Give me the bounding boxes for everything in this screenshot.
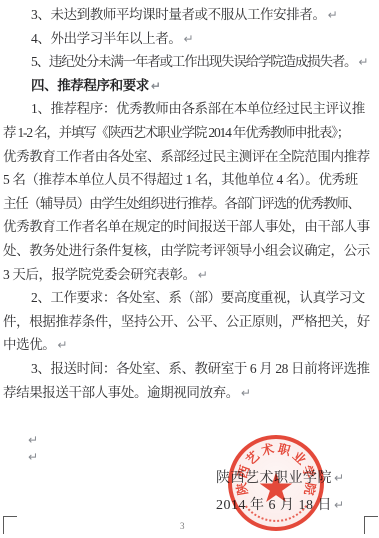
line-text: 荐结果报送干部人事处。逾期视同放弃。 (3, 385, 239, 400)
line-text: 四、推荐程序和要求 (31, 78, 149, 93)
line-text: 3 天后，报学院党委会研究表彰。 (3, 267, 196, 282)
line-text: 件，根据推荐条件，坚持公开、公平、公正原则，严格把关，好 (3, 314, 370, 329)
document-line: 优秀教育工作者名单在规定的时间报送干部人事处，由干部人事 (3, 215, 377, 239)
line-text: 荐 1-2 名，并填写《陕西艺术职业学院 2014 年优秀教师申批表》； (3, 125, 349, 140)
paragraph-mark-icon: ↵ (334, 498, 344, 512)
document-line: 优秀教育工作者由各处室、系部经过民主测评在全院范围内推荐 (3, 145, 377, 169)
line-text: 3、未达到教师平均课时量者或不服从工作安排者。 (31, 7, 326, 22)
section-heading: 四、推荐程序和要求↵ (3, 74, 377, 98)
paragraph-mark-icon: ↵ (198, 268, 208, 282)
seal-arc-char: 陕 (234, 481, 250, 497)
document-line: 中选优。↵ (3, 333, 377, 357)
official-seal: 陕 西 艺 术 职 业 学 院 (228, 435, 324, 531)
line-text: 处、教务处进行条件复核，由学院考评领导小组会议确定，公示 (3, 243, 370, 258)
document-line: 5、违纪处分未满一年者或工作出现失误给学院造成损失者。↵ (3, 50, 377, 74)
document-line: 荐 1-2 名，并填写《陕西艺术职业学院 2014 年优秀教师申批表》； (3, 121, 377, 145)
paragraph-mark-icon: ↵ (151, 79, 161, 93)
document-line: 5 名（推荐本单位人员不得超过 1 名，其他单位 4 名）。优秀班 (3, 168, 377, 192)
document-line: 处、教务处进行条件复核，由学院考评领导小组会议确定，公示 (3, 239, 377, 263)
page-number: 3 (180, 521, 185, 531)
paragraph-mark-icon: ↵ (183, 32, 193, 46)
paragraph-mark-icon: ↵ (328, 8, 338, 22)
line-text: 1、推荐程序：优秀教师由各系部在本单位经过民主评议推 (31, 101, 365, 116)
line-text: 2、工作要求：各处室、系（部）要高度重视，认真学习文 (31, 290, 365, 305)
line-text: 优秀教育工作者名单在规定的时间报送干部人事处，由干部人事 (3, 219, 370, 234)
document-line: 2、工作要求：各处室、系（部）要高度重视，认真学习文 (3, 286, 377, 310)
line-text: 5、违纪处分未满一年者或工作出现失误给学院造成损失者。 (31, 54, 356, 69)
document-line: 1、推荐程序：优秀教师由各系部在本单位经过民主评议推 (3, 97, 377, 121)
document-page: 3、未达到教师平均课时量者或不服从工作安排者。↵ 4、外出学习半年以上者。↵ 5… (0, 0, 379, 538)
body-text: 3、未达到教师平均课时量者或不服从工作安排者。↵ 4、外出学习半年以上者。↵ 5… (3, 3, 377, 404)
paragraph-mark-icon: ↵ (358, 55, 368, 69)
line-text: 5 名（推荐本单位人员不得超过 1 名，其他单位 4 名）。优秀班 (3, 172, 358, 187)
paragraph-mark-icon: ↵ (28, 433, 38, 447)
document-line: 件，根据推荐条件，坚持公开、公平、公正原则，严格把关，好 (3, 310, 377, 334)
paragraph-mark-icon: ↵ (57, 338, 67, 352)
margin-corner-mark (3, 516, 17, 534)
line-text: 主任（辅导员）由学生处组织进行推荐。各部门评选的优秀教师、 (3, 196, 360, 211)
line-text: 3、报送时间：各处室、系、教研室于 6 月 28 日前将评选推 (31, 361, 370, 376)
seal-arc-char: 院 (301, 481, 317, 497)
document-line: 4、外出学习半年以上者。↵ (3, 27, 377, 51)
document-line: 主任（辅导员）由学生处组织进行推荐。各部门评选的优秀教师、 (3, 192, 377, 216)
paragraph-mark-icon: ↵ (334, 471, 344, 485)
paragraph-mark-icon: ↵ (28, 450, 38, 464)
margin-corner-mark (364, 516, 378, 534)
line-text: 优秀教育工作者由各处室、系部经过民主测评在全院范围内推荐 (3, 149, 370, 164)
line-text: 4、外出学习半年以上者。 (31, 31, 181, 46)
document-line: 3、未达到教师平均课时量者或不服从工作安排者。↵ (3, 3, 377, 27)
line-text: 中选优。 (3, 337, 55, 352)
paragraph-mark-icon: ↵ (241, 386, 251, 400)
document-line: 3、报送时间：各处室、系、教研室于 6 月 28 日前将评选推 (3, 357, 377, 381)
document-line: 3 天后，报学院党委会研究表彰。↵ (3, 263, 377, 287)
document-line: 荐结果报送干部人事处。逾期视同放弃。↵ (3, 381, 377, 405)
